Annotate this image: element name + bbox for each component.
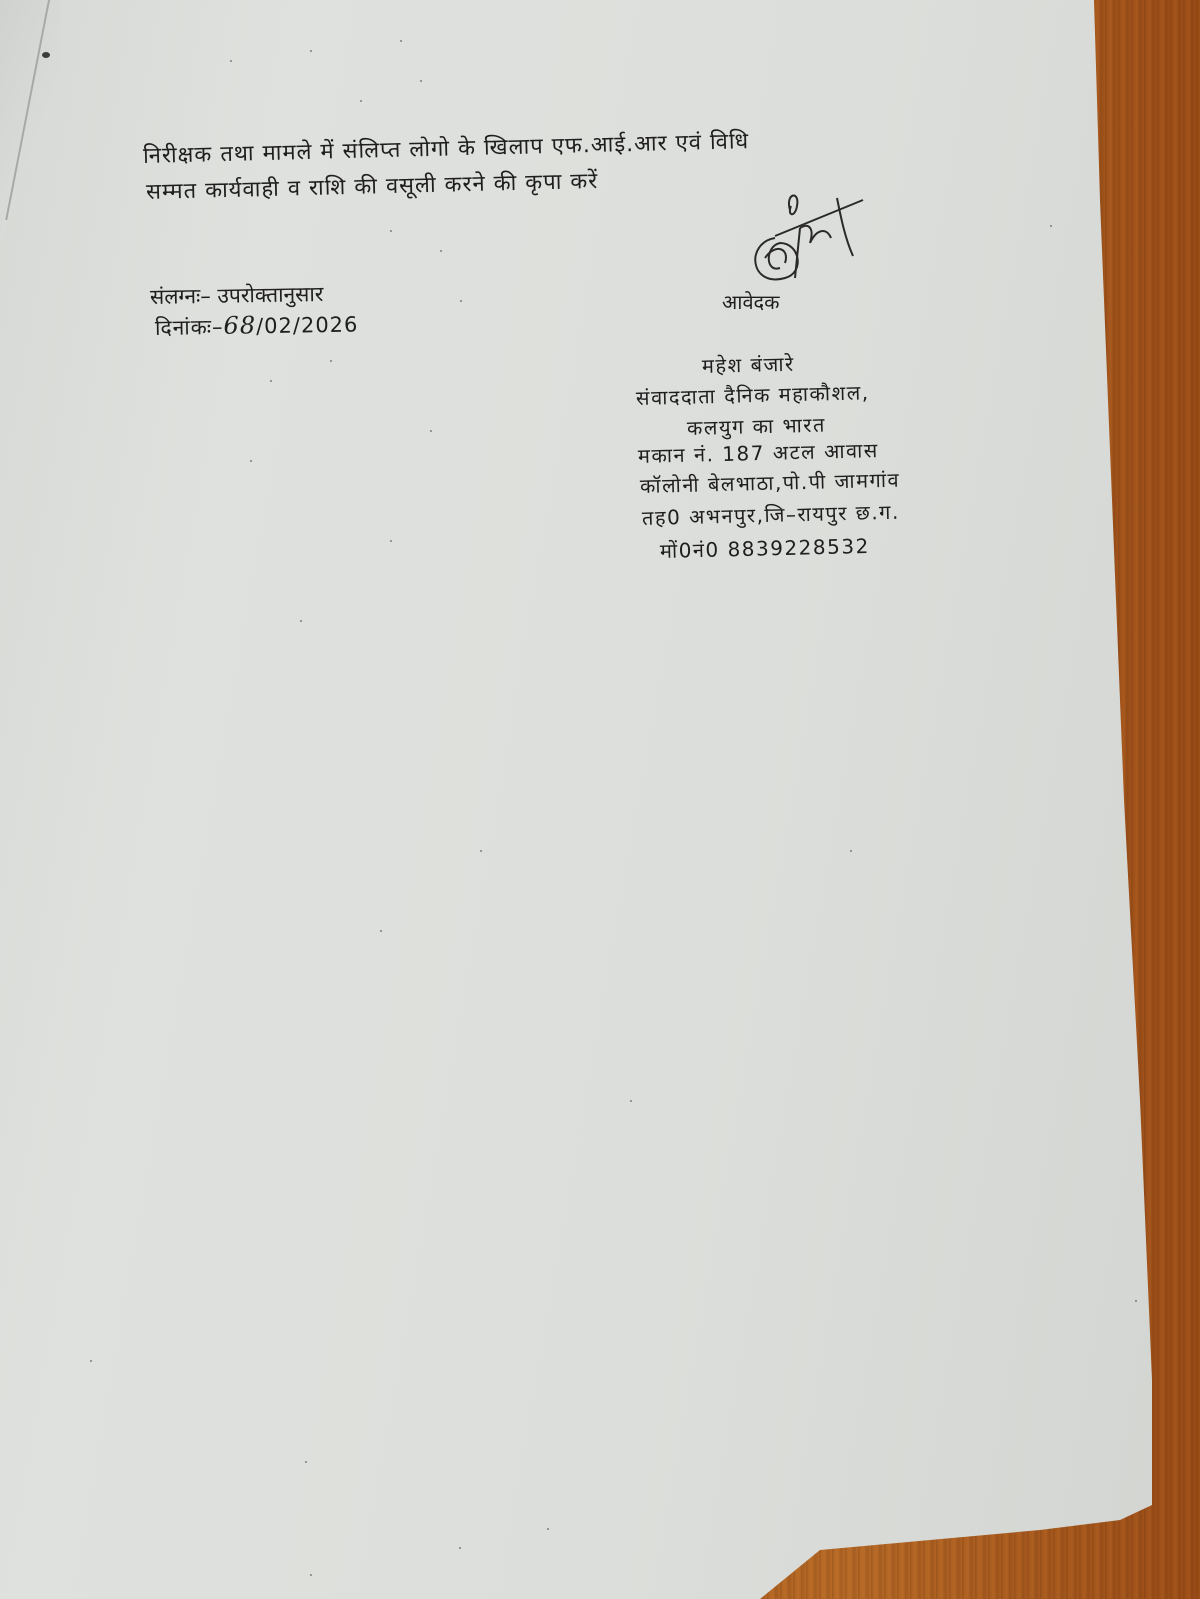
sender-address-line-2: कॉलोनी बेलभाठा,पो.पी जामगांव — [640, 466, 901, 499]
paper-speck — [90, 1360, 92, 1362]
paper-speck — [440, 250, 442, 252]
paper-speck — [400, 40, 402, 42]
paper-speck — [850, 850, 852, 852]
sender-address-line-1: मकान नं. 187 अटल आवास — [638, 436, 879, 469]
date-line: दिनांकः–68/02/2026 — [155, 309, 359, 342]
sender-phone: मों0नं0 8839228532 — [660, 532, 870, 564]
paper-speck — [480, 850, 482, 852]
paper-speck — [1050, 225, 1052, 227]
body-text-line-1: निरीक्षक तथा मामले में संलिप्त लोगो के ख… — [143, 125, 750, 170]
paper-speck — [430, 430, 432, 432]
paper-speck — [547, 1528, 549, 1530]
applicant-label: आवेदक — [722, 288, 780, 315]
attachment-line: संलग्नः– उपरोक्तानुसार — [150, 280, 324, 311]
paper-speck — [330, 360, 332, 362]
paper-speck — [420, 80, 422, 82]
paper-speck — [460, 300, 462, 302]
paper-speck — [390, 540, 392, 542]
paper-speck — [310, 50, 312, 52]
paper-speck — [305, 1461, 307, 1463]
paper-speck — [360, 100, 362, 102]
sender-name: महेश बंजारे — [702, 350, 795, 379]
paper-speck — [390, 230, 392, 232]
sender-address-line-3: तह0 अभनपुर,जि–रायपुर छ.ग. — [642, 498, 900, 531]
date-rest: /02/2026 — [256, 312, 359, 338]
body-text-line-2: सम्मत कार्यवाही व राशि की वसूली करने की … — [146, 165, 599, 206]
paper-speck — [1135, 1300, 1137, 1302]
sender-designation: संवाददाता दैनिक महाकौशल, — [636, 378, 870, 411]
sender-publication: कलयुग का भारत — [687, 411, 826, 441]
paper-speck — [230, 60, 232, 62]
date-label: दिनांकः– — [155, 315, 224, 340]
paper-speck — [250, 460, 252, 462]
paper-speck — [300, 620, 302, 622]
paper-speck — [270, 380, 272, 382]
staple-pin-icon — [42, 52, 50, 58]
handwritten-day: 68 — [223, 311, 256, 340]
paper-speck — [459, 1547, 461, 1549]
paper-speck — [310, 1574, 312, 1576]
signature-scribble-icon — [745, 188, 870, 288]
paper-speck — [380, 930, 382, 932]
paper-page: निरीक्षक तथा मामले में संलिप्त लोगो के ख… — [0, 0, 1200, 1599]
paper-speck — [630, 1100, 632, 1102]
